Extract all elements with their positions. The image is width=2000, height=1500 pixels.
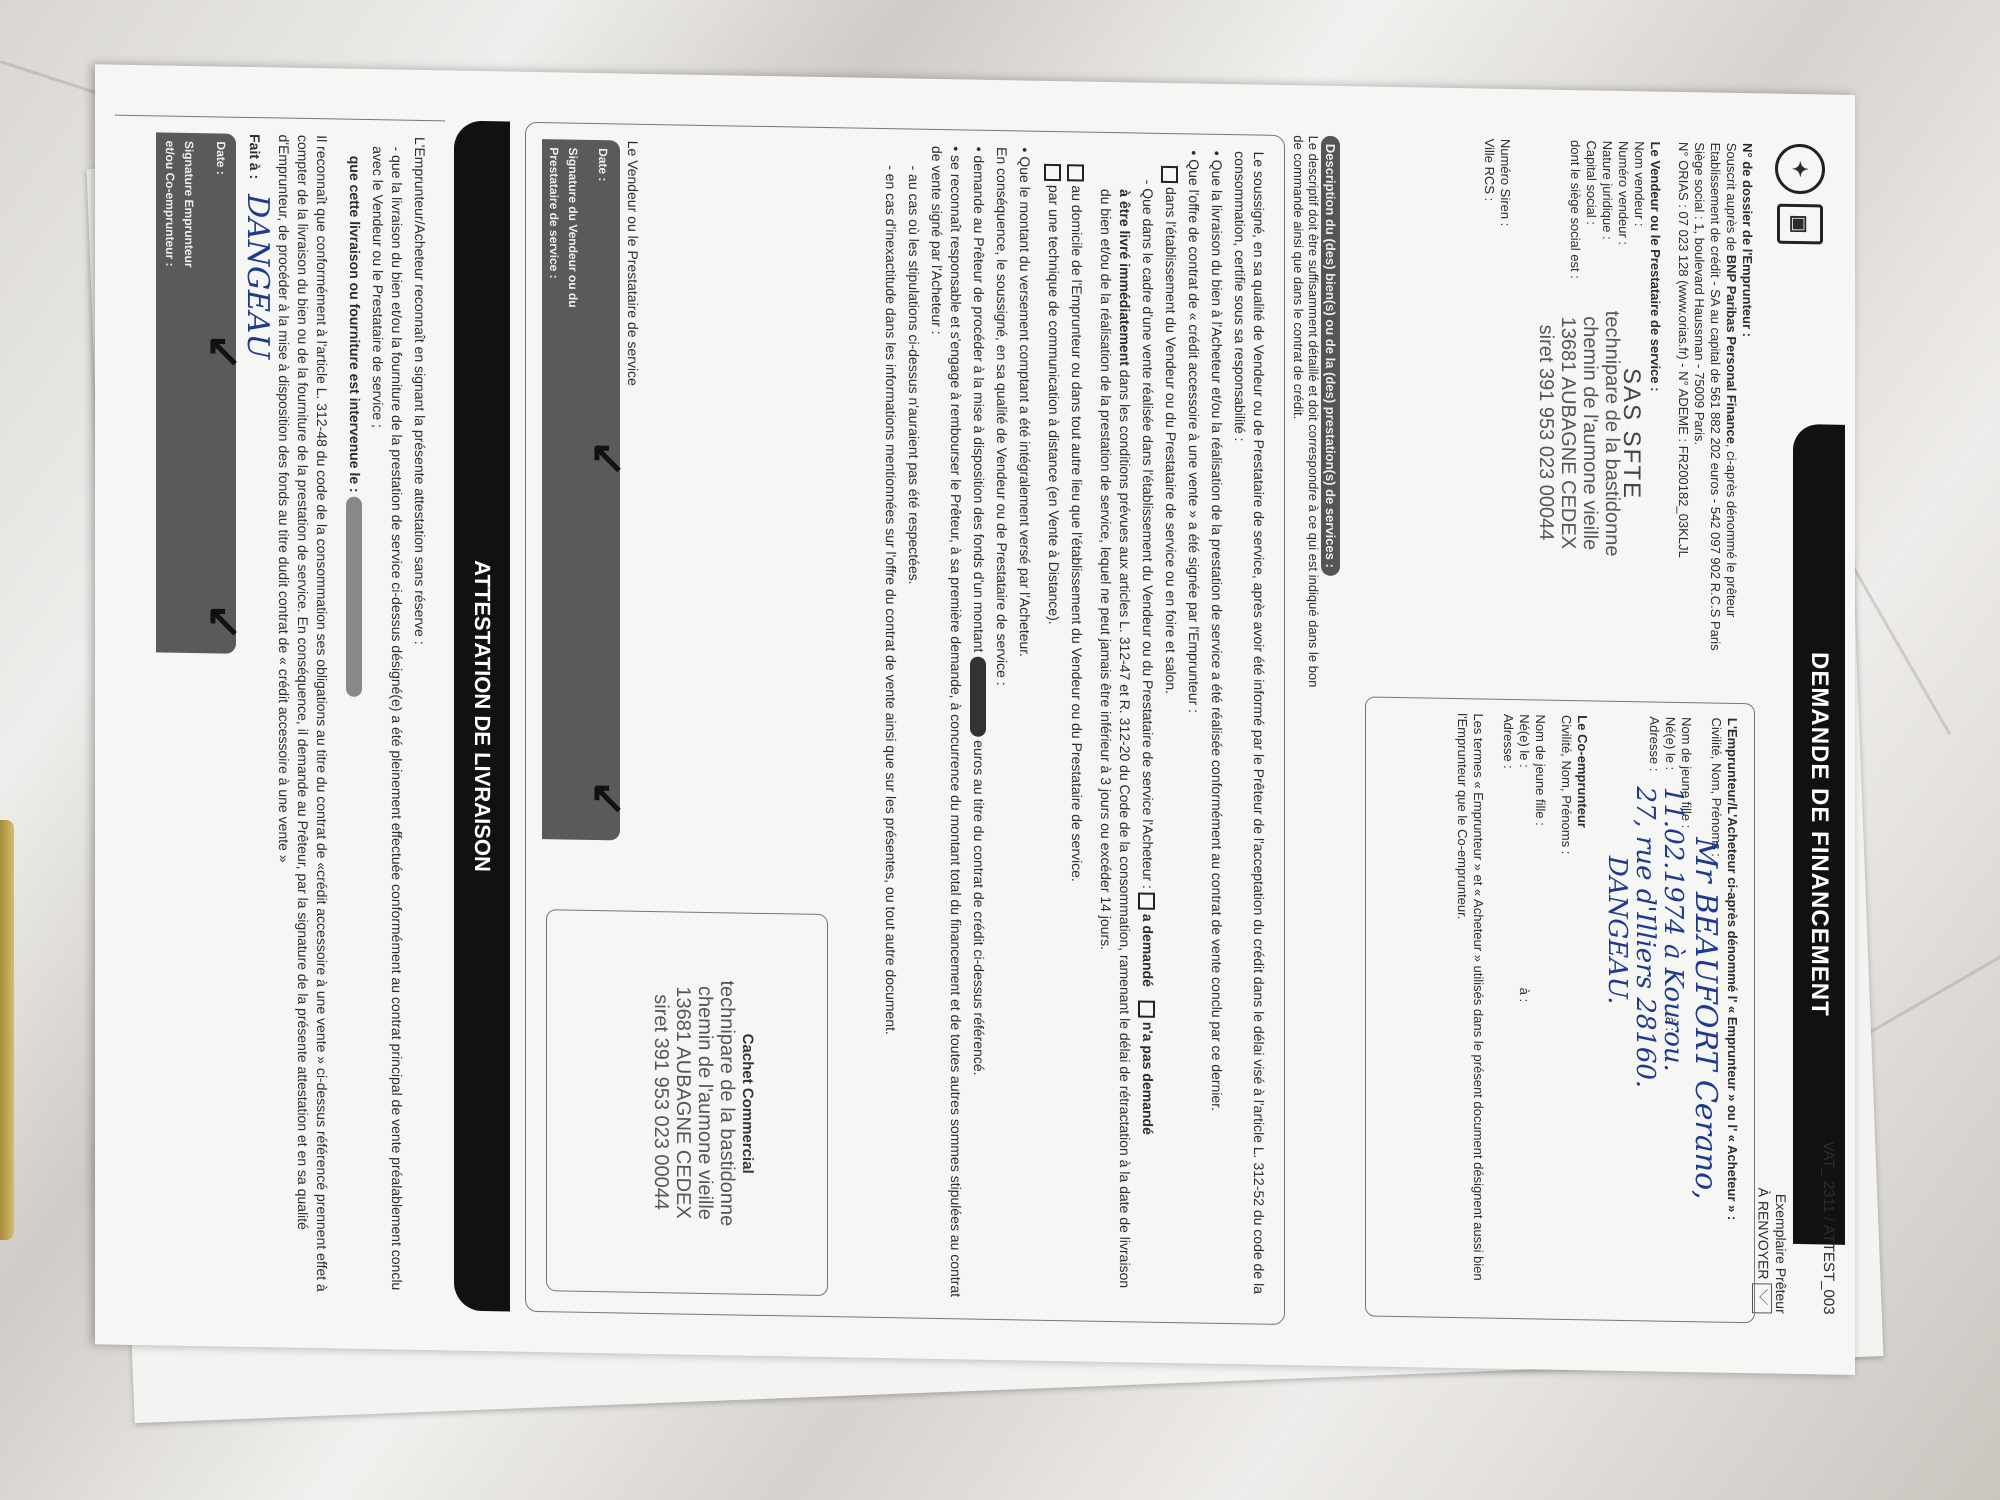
exemplaire-line1: Exemplaire Prêteur: [1772, 1188, 1789, 1314]
attestation-signature-label: Signature Emprunteur et/ou Co-emprunteur…: [160, 140, 198, 291]
borrower-box: L'Emprunteur/L'Acheteur ci-après dénommé…: [1365, 696, 1755, 1323]
document-page: ✦ ▣ DEMANDE DE FINANCEMENT VAT_ 2311 / A…: [95, 64, 1855, 1375]
lender-line2: Etablissement de crédit - SA au capital …: [1707, 142, 1723, 682]
consequence-text: En conséquence, le soussigné, en sa qual…: [992, 147, 1011, 1303]
attestation-date-label: Date :: [211, 141, 230, 175]
siren-label: Numéro Siren :: [1497, 139, 1513, 679]
legal-nature-label: Nature juridique :: [1599, 141, 1615, 311]
borrower-born-label: Né(e) le :: [1662, 717, 1678, 771]
document-reference: VAT_ 2311 / ATTEST_003: [1820, 1141, 1837, 1314]
opt-in-store-label: dans l'établissement du Vendeur ou du Pr…: [1163, 187, 1179, 694]
checkbox-in-store[interactable]: [1161, 166, 1178, 183]
vendor-name-label: Nom vendeur :: [1631, 141, 1647, 311]
attestation-title: ATTESTATION DE LIVRAISON: [454, 121, 510, 1312]
lender-line4: N° ORIAS : 07 023 128 (www.orias.fr) - N…: [1675, 142, 1691, 682]
cert-bullet-payment: Que le montant du versement comptant a é…: [1015, 147, 1034, 1303]
coborrower-civility-label: Civilité, Nom, Prénoms :: [1558, 715, 1574, 1305]
exemplaire-line2: À RENVOYER: [1755, 1188, 1771, 1280]
terms-note: Les termes « Emprunteur » et « Acheteur …: [1454, 713, 1486, 1304]
dossier-label: N° de dossier de l'Emprunteur :: [1740, 143, 1755, 337]
head-office-label: dont le siège social est :: [1567, 140, 1583, 310]
checkbox-a-demande[interactable]: [1138, 893, 1155, 910]
lender-line3: Siège social : 1, boulevard Haussman - 7…: [1691, 142, 1707, 682]
arrow-down-left-icon: ↙: [215, 333, 234, 370]
checkbox-distance[interactable]: [1044, 164, 1061, 181]
coborrower-heading: Le Co-emprunteur: [1575, 715, 1590, 828]
partner-logo-icon: ▣: [1777, 204, 1823, 245]
attestation-delivery-date-label: que cette livraison ou fourniture est in…: [347, 156, 363, 493]
vendor-signer-label: Le Vendeur ou le Prestataire de service: [623, 140, 642, 860]
coborrower-born-row: Né(e) le :à :: [1516, 714, 1532, 1304]
logos: ✦ ▣: [1775, 144, 1825, 245]
borrower-name-handwritten: Mr BEAUFORT Cerano,: [1688, 837, 1722, 1200]
checkbox-home[interactable]: [1067, 164, 1084, 181]
vendor-date-label: Date :: [593, 148, 612, 182]
redacted-date: [346, 496, 362, 696]
certification-intro: Le soussigné, en sa qualité de Vendeur o…: [1230, 151, 1268, 1308]
vendor-signature-zone: Le Vendeur ou le Prestataire de service …: [542, 139, 642, 861]
opt-home-label: au domicile de l'Emprunteur ou dans tout…: [1069, 185, 1085, 882]
cert-bullet-delivery: Que la livraison du bien à l'Acheteur et…: [1207, 151, 1226, 1307]
vendor-stamp: SAS SFTE technipare de la bastidonne che…: [1535, 309, 1639, 557]
arrow-down-left-icon: ↙: [599, 780, 618, 817]
exemplaire-label: Exemplaire Prêteur À RENVOYER: [1752, 1187, 1789, 1313]
page-title: DEMANDE DE FINANCEMENT: [1793, 424, 1845, 1245]
liability-case-a: - au cas où les stipulations ci-dessus n…: [904, 165, 923, 1301]
borrower-heading: L'Emprunteur/L'Acheteur ci-après dénommé…: [1725, 718, 1740, 1221]
lender-line1: Souscrit auprès de BNP Paribas Personal …: [1723, 143, 1739, 683]
cachet-label: Cachet Commercial: [738, 914, 757, 1294]
redacted-amount: [970, 656, 986, 736]
vendor-signature-label: Signature du Vendeur ou du Prestataire d…: [544, 147, 582, 308]
coborrower-address-label: Adresse :: [1500, 714, 1516, 1304]
arrow-down-left-icon: ↙: [215, 603, 234, 640]
attestation-paragraph: Il reconnaît que conformément à l'articl…: [274, 134, 331, 1292]
tray-edge: [0, 820, 14, 1240]
cert-bullet-signed: Que l'offre de contrat de « crédit acces…: [1184, 150, 1203, 1306]
checkbox-na-pas-demande[interactable]: [1138, 1001, 1155, 1018]
lender-vendor-column: N° de dossier de l'Emprunteur : Souscrit…: [1481, 138, 1755, 683]
description-text: Le descriptif doit être suffisamment dét…: [1291, 135, 1321, 696]
envelope-icon: [1752, 1283, 1772, 1313]
immediate-delivery-bold: à être livré immédiatement: [1117, 189, 1133, 366]
attestation-section: L'Emprunteur/Acheteur reconnaît en signa…: [115, 115, 445, 1311]
attestation-intro: L'Emprunteur/Acheteur reconnaît en signa…: [410, 137, 429, 1294]
arrow-down-left-icon: ↙: [599, 440, 618, 477]
coborrower-maiden-label: Nom de jeune fille :: [1532, 714, 1548, 1304]
parties-section: N° de dossier de l'Emprunteur : Souscrit…: [1355, 136, 1755, 1333]
attestation-delivery-text: - que la livraison du bien et/ou la four…: [368, 146, 406, 1294]
funds-request-text: demande au Prêteur de procéder à la mise…: [971, 155, 987, 652]
description-heading: Description du (des) bien(s) ou de la (d…: [1321, 136, 1340, 576]
description-block: Description du (des) bien(s) ou de la (d…: [1291, 135, 1340, 696]
a-demande-label: a demandé: [1140, 914, 1156, 987]
liability-text: se reconnaît responsable et s'engage à r…: [927, 146, 965, 1303]
funds-request-suffix: euros au titre du contrat de crédit ci-d…: [971, 740, 987, 1076]
bnp-logo-icon: ✦: [1775, 144, 1825, 195]
liability-case-b: - en cas d'inexactitude dans les informa…: [881, 165, 900, 1301]
borrower-city-handwritten: DANGEAU.: [1600, 856, 1634, 1005]
attestation-fait-label: Fait à :: [245, 134, 264, 179]
vendor-number-label: Numéro vendeur :: [1615, 141, 1631, 311]
na-pas-demande-label: n'a pas demandé: [1140, 1022, 1156, 1135]
certification-box: Le soussigné, en sa qualité de Vendeur o…: [525, 122, 1285, 1325]
opt-distance-label: par une technique de communication à dis…: [1046, 185, 1062, 625]
opt-in-store-sub: - Que dans le cadre d'une vente réalisée…: [1140, 180, 1156, 890]
cachet-commercial-box: Cachet Commercial technipare de la basti…: [546, 909, 828, 1296]
vendor-heading: Le Vendeur ou le Prestataire de service …: [1648, 141, 1663, 391]
rcs-label: Ville RCS :: [1481, 138, 1497, 678]
capital-label: Capital social :: [1583, 140, 1599, 310]
borrower-address-label: Adresse :: [1646, 716, 1662, 771]
